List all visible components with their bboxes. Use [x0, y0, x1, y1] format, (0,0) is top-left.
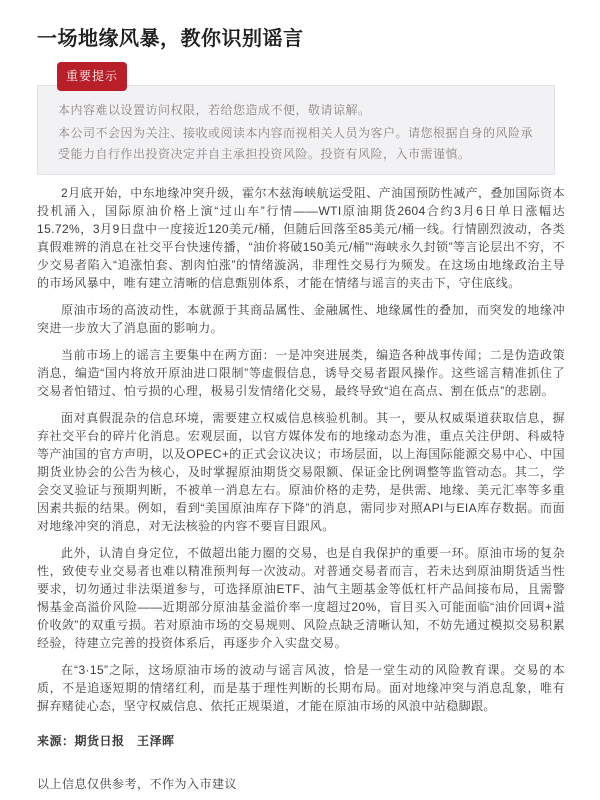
page-title: 一场地缘风暴，教你识别谣言 — [37, 26, 565, 52]
article-paragraph: 原油市场的高波动性，本就源于其商品属性、金融属性、地缘属性的叠加，而突发的地缘冲… — [37, 301, 565, 337]
article-paragraph: 在“3·15”之际，这场原油市场的波动与谣言风波，恰是一堂生动的风险教育课。交易… — [37, 661, 565, 715]
source-attribution: 来源：期货日报 王泽晖 — [37, 732, 565, 749]
footer-disclaimer: 以上信息仅供参考，不作为入市建议 — [37, 775, 565, 792]
article-body: 2月底开始，中东地缘冲突升级，霍尔木兹海峡航运受阻、产油国预防性减产，叠加国际资… — [37, 184, 565, 715]
notice-line: 本公司不会因为关注、接收或阅读本内容而视相关人员为客户。请您根据自身的风险承受能… — [58, 123, 534, 165]
article-paragraph: 面对真假混杂的信息环境，需要建立权威信息核验机制。其一，要从权威渠道获取信息，摒… — [37, 409, 565, 535]
article-paragraph: 2月底开始，中东地缘冲突升级，霍尔木兹海峡航运受阻、产油国预防性减产，叠加国际资… — [37, 184, 565, 292]
important-notice-badge: 重要提示 — [57, 62, 127, 91]
article-paragraph: 当前市场上的谣言主要集中在两方面：一是冲突进展类，编造各种战事传闻；二是伪造政策… — [37, 346, 565, 400]
notice-line: 本内容难以设置访问权限，若给您造成不便，敬请谅解。 — [58, 100, 534, 121]
article-page: 一场地缘风暴，教你识别谣言 重要提示 本内容难以设置访问权限，若给您造成不便，敬… — [0, 0, 600, 800]
disclaimer-notice-box: 本内容难以设置访问权限，若给您造成不便，敬请谅解。 本公司不会因为关注、接收或阅… — [37, 85, 555, 175]
article-paragraph: 此外，认清自身定位，不做超出能力圈的交易，也是自我保护的重要一环。原油市场的复杂… — [37, 544, 565, 652]
